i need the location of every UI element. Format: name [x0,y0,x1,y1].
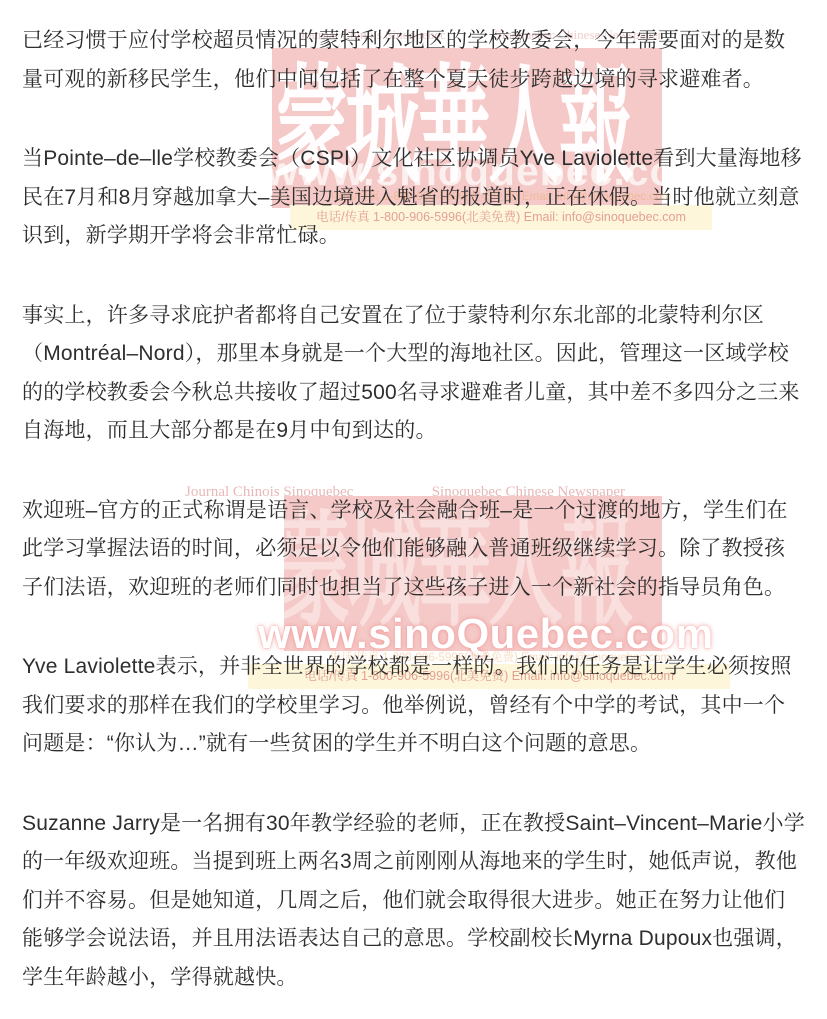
article-body: 已经习惯于应付学校超员情况的蒙特利尔地区的学校教委会，今年需要面对的是数量可观的… [0,0,827,997]
article-page: Journal Chinois Sinoquebec Sinoquebec Ch… [0,0,827,1019]
paragraph-2: 当Pointe–de–lle学校教委会（CSPI）文化社区协调员Yve Lavi… [22,140,806,256]
paragraph-6: Suzanne Jarry是一名拥有30年教学经验的老师，正在教授Saint–V… [22,805,806,998]
paragraph-1: 已经习惯于应付学校超员情况的蒙特利尔地区的学校教委会，今年需要面对的是数量可观的… [22,22,806,99]
paragraph-3: 事实上，许多寻求庇护者都将自己安置在了位于蒙特利尔东北部的北蒙特利尔区（Mont… [22,297,806,451]
paragraph-5: Yve Laviolette表示，并非全世界的学校都是一样的。我们的任务是让学生… [22,648,806,764]
paragraph-4: 欢迎班–官方的正式称谓是语言、学校及社会融合班–是一个过渡的地方，学生们在此学习… [22,492,806,608]
